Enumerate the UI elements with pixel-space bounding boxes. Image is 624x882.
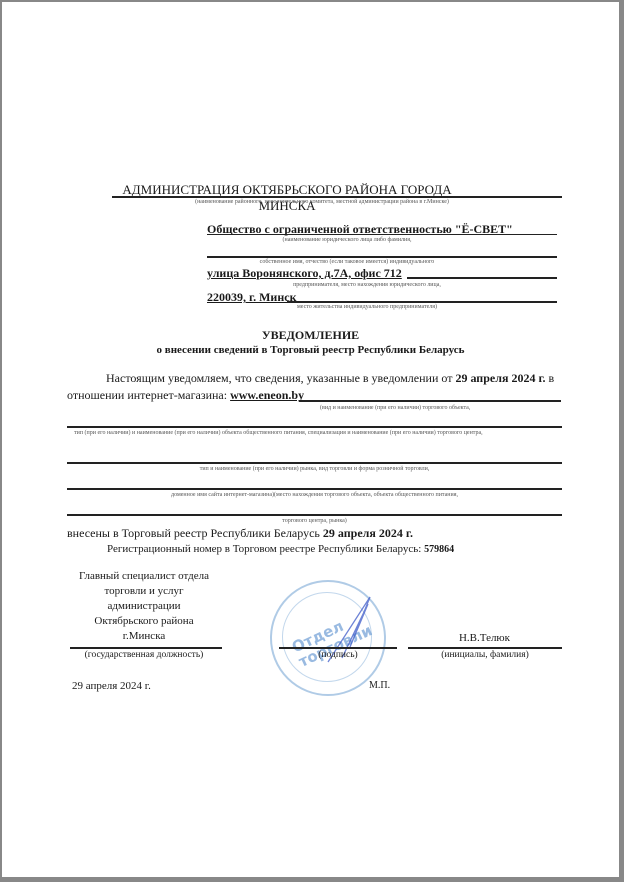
divider xyxy=(70,647,222,649)
divider xyxy=(287,301,557,303)
official-position: Главный специалист отдела торговли и усл… xyxy=(64,569,224,644)
divider xyxy=(207,234,557,235)
recipient-caption-3: предпринимателя, место нахождения юридич… xyxy=(207,282,527,288)
recipient-address: улица Воронянского, д.7А, офис 712 xyxy=(207,266,402,281)
intro-suffix: в xyxy=(549,371,555,385)
divider xyxy=(279,647,397,649)
authority-title: АДМИНИСТРАЦИЯ ОКТЯБРЬСКОГО РАЙОНА ГОРОДА… xyxy=(102,182,472,214)
divider xyxy=(67,514,562,516)
divider xyxy=(408,647,562,649)
recipient-caption-4: место жительства индивидуального предпри… xyxy=(207,304,527,310)
divider xyxy=(67,462,562,464)
registration-prefix: Регистрационный номер в Торговом реестре… xyxy=(107,543,421,555)
shop-prefix: отношении интернет-магазина: xyxy=(67,388,227,402)
intro-prefix: Настоящим уведомляем, что сведения, указ… xyxy=(106,371,452,385)
official-name: Н.В.Телюк xyxy=(422,632,547,644)
signature-caption: (подпись) xyxy=(279,650,397,660)
caption-market: тип и наименование (при его наличии) рын… xyxy=(67,466,562,472)
seal-mark: М.П. xyxy=(369,680,390,691)
shop-url[interactable]: www.eneon.by xyxy=(230,388,304,402)
divider xyxy=(407,277,557,279)
entered-prefix: внесены в Торговый реестр Республики Бел… xyxy=(67,526,320,540)
caption-catering: тип (при его наличии) и наименование (пр… xyxy=(74,429,562,437)
entered-line: внесены в Торговый реестр Республики Бел… xyxy=(67,526,413,541)
name-caption: (инициалы, фамилия) xyxy=(408,650,562,660)
entered-date: 29 апреля 2024 г. xyxy=(323,526,413,540)
caption-domain: доменное имя сайта интернет-магазина)(ме… xyxy=(67,492,562,498)
recipient-caption-1: (наименование юридического лица либо фам… xyxy=(207,237,487,243)
registration-number: 579864 xyxy=(424,544,454,555)
intro-date: 29 апреля 2024 г. xyxy=(455,371,545,385)
divider xyxy=(67,426,562,428)
registration-line: Регистрационный номер в Торговом реестре… xyxy=(107,543,454,555)
document-page: АДМИНИСТРАЦИЯ ОКТЯБРЬСКОГО РАЙОНА ГОРОДА… xyxy=(2,2,619,877)
caption-center: торгового центра, рынка) xyxy=(67,518,562,524)
authority-caption: (наименование районного, исполнительного… xyxy=(112,199,532,205)
divider xyxy=(299,400,561,402)
intro-line: Настоящим уведомляем, что сведения, указ… xyxy=(106,371,554,386)
divider xyxy=(112,196,562,198)
shop-line: отношении интернет-магазина: www.eneon.b… xyxy=(67,388,304,403)
handwritten-signature xyxy=(320,592,380,672)
recipient-city: 220039, г. Минск xyxy=(207,290,297,305)
caption-object: (вид и наименование (при его наличии) то… xyxy=(320,405,470,411)
document-subtitle: о внесении сведений в Торговый реестр Ре… xyxy=(2,344,619,356)
signature-date: 29 апреля 2024 г. xyxy=(72,680,151,692)
position-caption: (государственная должность) xyxy=(64,650,224,660)
document-title: УВЕДОМЛЕНИЕ xyxy=(2,328,619,343)
divider xyxy=(67,488,562,490)
recipient-caption-2: собственное имя, отчество (если таковое … xyxy=(207,259,487,265)
divider xyxy=(207,256,557,258)
